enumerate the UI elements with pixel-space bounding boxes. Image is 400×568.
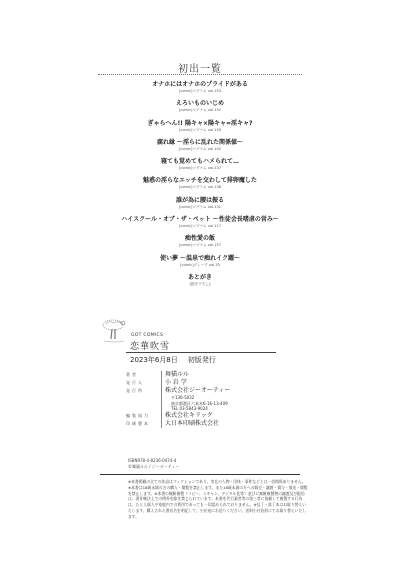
toc-item-title: 腐れ縁 〜淫らに乱れた関係値〜 bbox=[0, 138, 400, 147]
credit-key: 発行所 bbox=[126, 387, 161, 395]
credit-value-text: 小 岩 学 bbox=[165, 379, 187, 386]
publication-date: 2023年6月8日 bbox=[130, 356, 178, 364]
toc-item-title: ハイスクール・オブ・ザ・ペット 〜性徒会長嗜虐の営み〜 bbox=[0, 215, 400, 224]
toc-item-source: [comic]マグナム vol.142 bbox=[0, 147, 400, 152]
credit-value: 株式会社キリック bbox=[161, 412, 213, 420]
credit-row-publisher-person: 発行人 小 岩 学 bbox=[126, 379, 296, 387]
legal-notice: ※本書掲載の全ての作品はフィクションであり、実在の人物・団体・事件などとは一切関… bbox=[128, 479, 308, 520]
toc-item-source: [comic]マグナム vol.151 bbox=[0, 108, 400, 113]
toc-item-source: [comic]マグナム vol.153 bbox=[0, 89, 400, 94]
credit-value-text: 株式会社ジーオーティー bbox=[165, 387, 230, 394]
toc-item-title: オナホにはオナホのプライドがある bbox=[0, 80, 400, 89]
toc-item-source: [描き下ろし] bbox=[0, 282, 400, 287]
toc-item: 寝ても覚めてもハメられて… [comic]マグナム vol.137 bbox=[0, 157, 400, 176]
toc-item-source: [comic]マグナム vol.150 bbox=[0, 128, 400, 133]
toc-item-title: 寝ても覚めてもハメられて… bbox=[0, 157, 400, 166]
credit-key: 編集協力 bbox=[126, 412, 161, 420]
edition: 初版発行 bbox=[188, 356, 216, 364]
toc-item-title: 使い夢 〜温泉で痴れイク躍〜 bbox=[0, 254, 400, 263]
toc-item: 誰が為に腰は振る [comic]マグナム vol.131 bbox=[0, 196, 400, 215]
toc-item-title: ぎゃらへん!! 陽キャ×陽キャ=淫キャ? bbox=[0, 119, 400, 128]
toc-item: ハイスクール・オブ・ザ・ペット 〜性徒会長嗜虐の営み〜 [comic]マグナム … bbox=[0, 215, 400, 234]
toc-item: オナホにはオナホのプライドがある [comic]マグナム vol.153 bbox=[0, 80, 400, 99]
toc-title: 初出一覧 bbox=[0, 60, 400, 75]
publisher-logo-icon bbox=[100, 318, 130, 344]
toc-item-title: あとがき bbox=[0, 273, 400, 282]
toc-item-source: [comic]マグナム vol.117 bbox=[0, 224, 400, 229]
toc-item: 痴性愛の飯 [comic]マグナム vol.157 bbox=[0, 234, 400, 253]
credit-value: 舞猫ルル bbox=[161, 371, 189, 379]
title-divider bbox=[126, 352, 276, 353]
toc-item: ぎゃらへん!! 陽キャ×陽キャ=淫キャ? [comic]マグナム vol.150 bbox=[0, 119, 400, 138]
toc-item-source: [comic]マグナム vol.157 bbox=[0, 243, 400, 248]
isbn-block: ISBN978-4-8236-0474-4 ©舞猫ルル / ジーオーティー bbox=[128, 458, 179, 470]
credit-key: 印刷製本 bbox=[126, 420, 161, 428]
copyright: ©舞猫ルル / ジーオーティー bbox=[128, 464, 179, 470]
credit-row-editorial: 編集協力 株式会社キリック bbox=[126, 412, 296, 420]
toc-item-source: [comic]グレープ vol.33 bbox=[0, 263, 400, 268]
toc-divider bbox=[98, 74, 302, 75]
toc-item-source: [comic]マグナム vol.131 bbox=[0, 205, 400, 210]
toc-item: 腐れ縁 〜淫らに乱れた関係値〜 [comic]マグナム vol.142 bbox=[0, 138, 400, 157]
credit-value-text: 株式会社キリック bbox=[165, 412, 213, 419]
credit-value-text: 大日本印刷株式会社 bbox=[165, 420, 219, 427]
notice-divider bbox=[100, 474, 300, 475]
toc-item: えろいものいじめ [comic]マグナム vol.151 bbox=[0, 99, 400, 118]
toc-item-source: [comic]マグナム vol.137 bbox=[0, 166, 400, 171]
imprint-label: GOT COMICS bbox=[131, 333, 163, 338]
book-title: 恋華吹雪 bbox=[130, 339, 170, 352]
credit-key: 発行人 bbox=[126, 379, 161, 387]
publication-date-line: 2023年6月8日初版発行 bbox=[130, 355, 216, 365]
toc-item: 魅惑の淫らなエッチを交わして排卵魔した [comic]マグナム vol.138 bbox=[0, 176, 400, 195]
toc-item: あとがき [描き下ろし] bbox=[0, 273, 400, 292]
colophon-page: 初出一覧 オナホにはオナホのプライドがある [comic]マグナム vol.15… bbox=[0, 0, 400, 568]
toc-item-title: 誰が為に腰は振る bbox=[0, 196, 400, 205]
credit-value: 大日本印刷株式会社 bbox=[161, 420, 219, 428]
credit-value-text: 舞猫ルル bbox=[165, 371, 189, 378]
toc-item: 使い夢 〜温泉で痴れイク躍〜 [comic]グレープ vol.33 bbox=[0, 254, 400, 273]
credit-value: 小 岩 学 bbox=[161, 379, 187, 387]
toc-item-title: えろいものいじめ bbox=[0, 99, 400, 108]
credit-row-printer: 印刷製本 大日本印刷株式会社 bbox=[126, 420, 296, 428]
credit-value: 株式会社ジーオーティー 〒136-5032 東京都港区六本木6-16-13-40… bbox=[161, 387, 230, 412]
toc-item-source: [comic]マグナム vol.138 bbox=[0, 185, 400, 190]
credit-row-publisher: 発行所 株式会社ジーオーティー 〒136-5032 東京都港区六本木6-16-1… bbox=[126, 387, 296, 412]
credits-table: 著者 舞猫ルル 発行人 小 岩 学 発行所 株式会社ジーオーティー 〒136-5… bbox=[126, 371, 296, 428]
credit-row-author: 著者 舞猫ルル bbox=[126, 371, 296, 379]
toc-list: オナホにはオナホのプライドがある [comic]マグナム vol.153 えろい… bbox=[0, 80, 400, 292]
credit-key: 著者 bbox=[126, 371, 161, 379]
